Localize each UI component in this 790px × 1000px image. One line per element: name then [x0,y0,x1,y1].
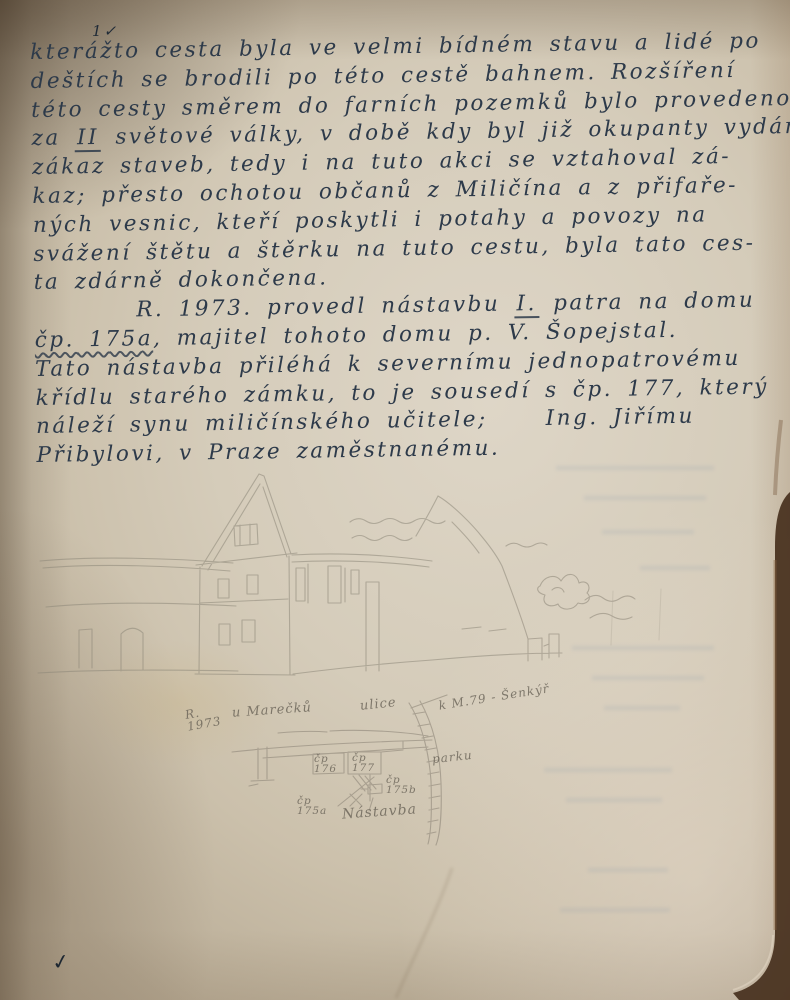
book-edge-overlay [0,0,790,1000]
book-edge-dark [733,492,790,1000]
chronicle-page-photo: 1✓ kterážto cesta byla ve velmi bídném s… [0,0,790,1000]
book-edge-upper [775,420,781,495]
